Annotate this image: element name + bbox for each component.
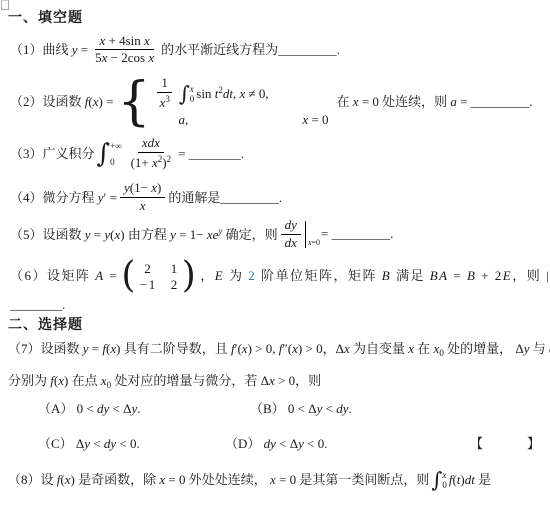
q7-options-row-1: （A） 0 < dy < Δy. （B） 0 < Δy < dy. (8, 401, 546, 417)
q3-denominator: (1+ x2)2 (127, 153, 176, 171)
q2-lead: （2）设函数 f(x) = (10, 94, 113, 110)
q6-mid: ，E 为 2 阶单位矩阵，矩阵 B 满足 BA = B + 2E，则 |B| = (200, 268, 550, 284)
question-7-line-1: （7）设函数 y = f(x) 具有二阶导数，且 f′(x) > 0, f″(x… (8, 341, 546, 359)
q5-lead: （5）设函数 y = y(x) 由方程 y = 1− xey 确定，则 (10, 226, 278, 243)
q4-fraction: y(1− x) x (120, 181, 165, 214)
q1-tail: 的水平渐近线方程为_________. (161, 42, 340, 58)
q2-tail: 在 x = 0 处连续，则 a = _________. (337, 94, 533, 110)
question-7-line-2: 分别为 f(x) 在点 x0 处对应的增量与微分，若 Δx > 0，则 (8, 373, 546, 391)
q2-frac-denominator: x3 (156, 93, 174, 111)
q2-case-1-expr: sin t2dt, x ≠ 0, (196, 85, 268, 102)
q2-piecewise: 1 x3 ∫ x 0 sin t2dt, x ≠ 0, a, x = 0 (153, 76, 329, 128)
q1-denominator: 5x − 2cos x (91, 50, 158, 66)
q3-integral-lower: 0 (110, 158, 122, 167)
q4-lead: （4）微分方程 y′ = (10, 190, 117, 206)
q4-tail: 的通解是_________. (168, 190, 282, 206)
q2-integral-upper: x (190, 85, 195, 94)
question-6-continuation: ________. (8, 297, 546, 313)
q7-answer-bracket: 【 】 (470, 436, 546, 452)
q8-integral: ∫ x 0 (431, 468, 446, 492)
q2-frac-numerator: 1 (157, 76, 172, 93)
q4-numerator: y(1− x) (120, 181, 165, 198)
question-3: （3）广义积分 ∫ +∞ 0 xdx (1+ x2)2 = ________. (8, 136, 546, 171)
q7-line2: 分别为 f(x) 在点 x0 处对应的增量与微分，若 Δx > 0，则 (8, 373, 321, 391)
q7-option-b: （B） 0 < Δy < dy. (250, 401, 462, 417)
q3-tail: = ________. (178, 146, 244, 162)
q7-line1: （7）设函数 y = f(x) 具有二阶导数，且 f′(x) > 0, f″(x… (8, 341, 550, 359)
q3-numerator: xdx (138, 136, 164, 153)
question-8: （8）设 f(x) 是奇函数，除 x = 0 外处处连续， x = 0 是其第一… (8, 468, 546, 492)
q4-denominator: x (136, 198, 150, 214)
q5-evaluation-bar: x=0 (305, 221, 321, 248)
q5-tail: = _________. (321, 226, 393, 242)
q3-integral-upper: +∞ (110, 142, 122, 151)
q2-case-1: 1 x3 ∫ x 0 sin t2dt, x ≠ 0, (153, 76, 329, 111)
left-paren-icon: ( (121, 257, 137, 295)
exam-document: 一、填空题 （1）曲线 y = x + 4sin x 5x − 2cos x 的… (0, 0, 550, 492)
q2-integral-limits: x 0 (190, 82, 195, 106)
q8-integral-upper: x (442, 471, 447, 480)
q6-blank: ________. (10, 297, 65, 313)
section-title-multiple-choice: 二、选择题 (8, 317, 546, 335)
q2-fraction: 1 x3 (156, 76, 174, 111)
question-4: （4）微分方程 y′ = y(1− x) x 的通解是_________. (8, 181, 546, 214)
q1-numerator: x + 4sin x (95, 34, 153, 51)
question-1: （1）曲线 y = x + 4sin x 5x − 2cos x 的水平渐近线方… (8, 34, 546, 67)
q7-option-c: （C） Δy < dy < 0. (38, 436, 225, 452)
q8-tail: f(t)dt 是 (449, 472, 491, 488)
q7-option-a: （A） 0 < dy < Δy. (38, 401, 250, 417)
question-5: （5）设函数 y = y(x) 由方程 y = 1− xey 确定，则 dy d… (8, 218, 546, 251)
q1-fraction: x + 4sin x 5x − 2cos x (91, 34, 158, 67)
matrix-cell: −1 (140, 277, 157, 292)
q8-integral-lower: 0 (442, 481, 447, 490)
matrix-cell: 2 (140, 261, 157, 276)
q3-integral: ∫ +∞ 0 (97, 139, 122, 169)
matrix-cell: 1 (171, 261, 179, 276)
q3-lead: （3）广义积分 (10, 146, 95, 162)
q2-integral: ∫ x 0 (179, 82, 194, 106)
q2-case-2-value: a, (179, 112, 189, 128)
q2-case-2: a, x = 0 (153, 112, 329, 128)
q8-integral-limits: x 0 (442, 468, 447, 492)
integral-icon: ∫ (97, 139, 111, 169)
matrix-cell: 2 (171, 277, 179, 292)
q6-matrix: ( 2 1 −1 2 ) (121, 257, 197, 295)
q3-fraction: xdx (1+ x2)2 (127, 136, 176, 171)
q5-derivative-fraction: dy dx (281, 218, 301, 251)
broken-image-icon (1, 0, 9, 10)
q8-lead: （8）设 f(x) 是奇函数，除 x = 0 外处处连续， x = 0 是其第一… (8, 472, 429, 488)
left-brace-icon: { (117, 74, 150, 130)
q3-integral-limits: +∞ 0 (110, 139, 122, 169)
section-title-fill-blanks: 一、填空题 (8, 10, 546, 28)
q5-denominator: dx (281, 235, 301, 251)
integral-icon: ∫ (179, 82, 190, 106)
integral-icon: ∫ (431, 468, 442, 492)
q2-case-2-condition: x = 0 (302, 112, 328, 128)
q2-integral-lower: 0 (190, 95, 195, 104)
q1-lead: （1）曲线 y = (10, 42, 88, 58)
q7-options-row-2: （C） Δy < dy < 0. （D） dy < Δy < 0. 【 】 (8, 436, 546, 452)
q6-lead: （6）设矩阵 A = (10, 268, 118, 284)
q7-option-d: （D） dy < Δy < 0. (225, 436, 412, 452)
q6-matrix-cells: 2 1 −1 2 (137, 261, 182, 292)
question-2: （2）设函数 f(x) = { 1 x3 ∫ x 0 sin t2dt, x ≠… (8, 74, 546, 130)
q5-numerator: dy (281, 218, 301, 235)
question-6: （6）设矩阵 A = ( 2 1 −1 2 ) ，E 为 2 阶单位矩阵，矩阵 … (8, 257, 546, 295)
right-paren-icon: ) (182, 257, 198, 295)
